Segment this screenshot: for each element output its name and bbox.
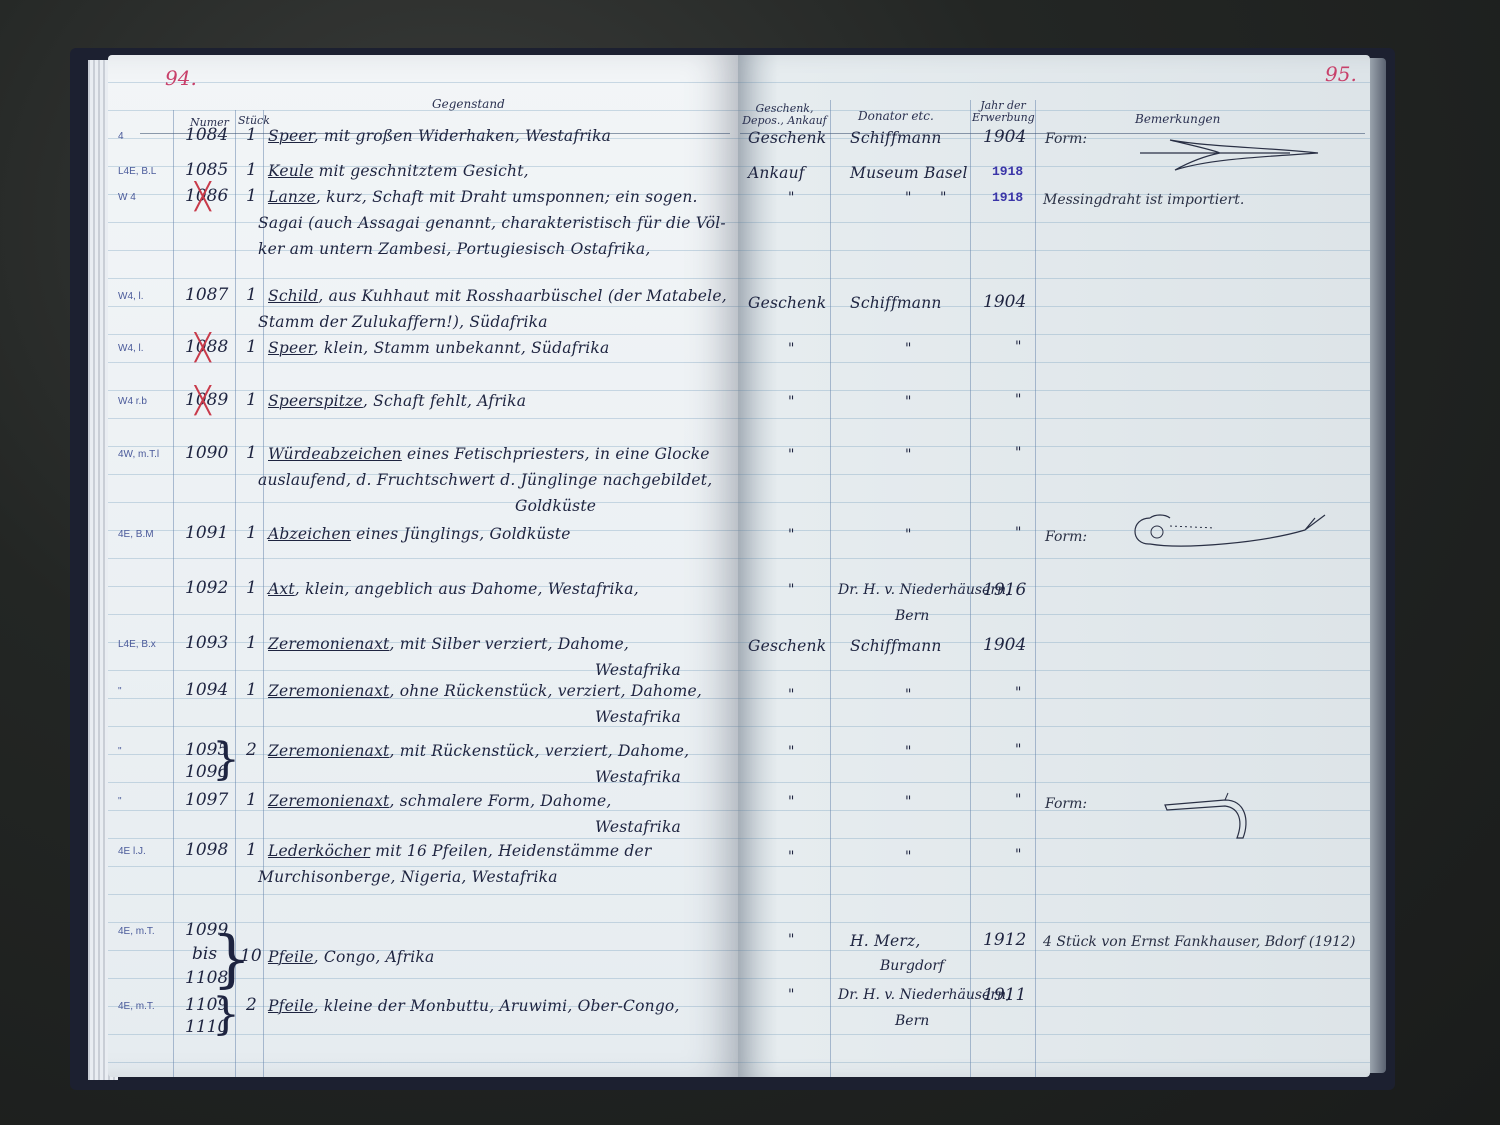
acquisition-year: " [1015, 525, 1021, 541]
acquisition-type: " [788, 687, 794, 703]
column-divider [830, 100, 831, 1077]
acquisition-year: " [1015, 685, 1021, 701]
object-description-continued: Murchisonberge, Nigeria, Westafrika [258, 868, 558, 886]
object-title: Zeremonienaxt [268, 635, 389, 653]
object-description-continued: Goldküste [515, 497, 596, 515]
object-details: , klein, angeblich aus Dahome, Westafrik… [295, 580, 639, 598]
acquisition-type: Geschenk [748, 637, 826, 655]
object-description: Axt, klein, angeblich aus Dahome, Westaf… [268, 580, 639, 598]
acquisition-type: " [788, 190, 794, 206]
object-title: Zeremonienaxt [268, 792, 389, 810]
object-title: Speerspitze [268, 392, 363, 410]
red-strike-mark: ╳ [195, 182, 211, 212]
acquisition-type: " [788, 987, 794, 1003]
axe-sketch [1165, 790, 1255, 845]
item-count: 1 [246, 390, 257, 410]
acquisition-type: Geschenk [748, 294, 826, 312]
object-description: Pfeile, kleine der Monbuttu, Aruwimi, Ob… [268, 997, 680, 1015]
object-description: Schild, aus Kuhhaut mit Rosshaarbüschel … [268, 287, 727, 305]
acquisition-year: " [1015, 792, 1021, 808]
margin-location-note: W4 r.b [118, 396, 147, 407]
donor-name: " [905, 687, 911, 703]
column-divider [173, 110, 174, 1077]
donor-name: " [905, 447, 911, 463]
object-title: Axt [268, 580, 295, 598]
object-title: Würdeabzeichen [268, 445, 402, 463]
acquisition-year: 1911 [983, 985, 1026, 1005]
margin-location-note: 4E, B.M [118, 529, 154, 540]
donor-location: Burgdorf [880, 958, 944, 974]
donor-name: Museum Basel [850, 164, 968, 182]
object-details: , klein, Stamm unbekannt, Südafrika [314, 339, 610, 357]
item-count: 1 [246, 578, 257, 598]
column-divider [1035, 100, 1036, 1077]
object-details: mit geschnitztem Gesicht, [313, 162, 528, 180]
object-title: Lederköcher [268, 842, 370, 860]
margin-location-note: " [118, 796, 122, 807]
object-description: Keule mit geschnitztem Gesicht, [268, 162, 529, 180]
item-count: 1 [246, 285, 257, 305]
object-description: Speer, mit großen Widerhaken, Westafrika [268, 127, 611, 145]
acquisition-year: " [1015, 847, 1021, 863]
margin-location-note: " [118, 746, 122, 757]
header-object: Gegenstand [432, 98, 505, 110]
object-description: Lederköcher mit 16 Pfeilen, Heidenstämme… [268, 842, 652, 860]
object-description-continued: Stamm der Zulukaffern!), Südafrika [258, 313, 548, 331]
object-description: Abzeichen eines Jünglings, Goldküste [268, 525, 571, 543]
object-description: Würdeabzeichen eines Fetischpriesters, i… [268, 445, 710, 463]
margin-location-note: W 4 [118, 192, 136, 203]
object-description: Lanze, kurz, Schaft mit Draht umsponnen;… [268, 188, 698, 206]
horn-sketch [1125, 510, 1335, 560]
inventory-number: 1092 [185, 578, 228, 598]
object-details: , schmalere Form, Dahome, [389, 792, 611, 810]
object-details: , aus Kuhhaut mit Rosshaarbüschel (der M… [318, 287, 727, 305]
acquisition-type: " [788, 527, 794, 543]
item-count: 1 [246, 443, 257, 463]
red-strike-mark: ╳ [195, 386, 211, 416]
object-description: Zeremonienaxt, mit Rückenstück, verziert… [268, 742, 689, 760]
object-title: Speer [268, 127, 314, 145]
donor-name: Schiffmann [850, 129, 942, 147]
header-donor: Donator etc. [858, 110, 934, 122]
item-count: 1 [246, 523, 257, 543]
object-description: Zeremonienaxt, schmalere Form, Dahome, [268, 792, 612, 810]
acquisition-type: " [788, 794, 794, 810]
object-title: Speer [268, 339, 314, 357]
form-label: Form: [1045, 529, 1087, 545]
item-count: 1 [246, 633, 257, 653]
object-details: , Congo, Afrika [314, 948, 435, 966]
acquisition-type: Ankauf [748, 164, 805, 182]
object-description: Zeremonienaxt, mit Silber verziert, Daho… [268, 635, 629, 653]
donor-location: Bern [895, 1013, 929, 1029]
range-brace: } [212, 989, 240, 1040]
object-details: , mit Rückenstück, verziert, Dahome, [389, 742, 689, 760]
object-description: Speerspitze, Schaft fehlt, Afrika [268, 392, 526, 410]
item-count: 2 [246, 740, 257, 760]
inventory-number: 1087 [185, 285, 228, 305]
acquisition-year: 1904 [983, 127, 1026, 147]
object-title: Zeremonienaxt [268, 682, 389, 700]
object-description-continued: Sagai (auch Assagai genannt, charakteris… [258, 214, 726, 232]
item-count: 10 [240, 946, 262, 966]
acquisition-type: " [788, 849, 794, 865]
form-label: Form: [1045, 131, 1087, 147]
margin-location-note: 4E l.J. [118, 846, 146, 857]
donor-name: H. Merz, [850, 932, 921, 950]
inventory-number: 1090 [185, 443, 228, 463]
object-title: Keule [268, 162, 313, 180]
item-count: 1 [246, 337, 257, 357]
remark-text: 4 Stück von Ernst Fankhauser, Bdorf (191… [1043, 934, 1355, 950]
page-edges-right [1370, 58, 1386, 1073]
object-title: Pfeile [268, 997, 314, 1015]
acquisition-year: " [1015, 392, 1021, 408]
object-details: , mit Silber verziert, Dahome, [389, 635, 629, 653]
spear-point-sketch [1140, 135, 1320, 175]
red-strike-mark: ╳ [195, 333, 211, 363]
inventory-number: 1098 [185, 840, 228, 860]
item-count: 1 [246, 790, 257, 810]
margin-location-note: 4E, m.T. [118, 926, 155, 937]
object-title: Lanze [268, 188, 316, 206]
page-number-left: 94. [165, 66, 197, 90]
object-details: mit 16 Pfeilen, Heidenstämme der [370, 842, 651, 860]
acquisition-year: " [1015, 742, 1021, 758]
item-count: 2 [246, 995, 257, 1015]
object-description: Zeremonienaxt, ohne Rückenstück, verzier… [268, 682, 702, 700]
donor-name: Schiffmann [850, 637, 942, 655]
header-acquisition: Geschenk, Depos., Ankauf [742, 103, 827, 127]
margin-location-note: L4E, B.L [118, 166, 156, 177]
object-title: Pfeile [268, 948, 314, 966]
donor-name: " [905, 190, 911, 206]
margin-location-note: 4E, m.T. [118, 1001, 155, 1012]
donor-name: " [905, 394, 911, 410]
object-description-continued: Westafrika [595, 818, 681, 836]
inventory-number: 1094 [185, 680, 228, 700]
object-description-continued: Westafrika [595, 768, 681, 786]
inventory-number: 1097 [185, 790, 228, 810]
item-count: 1 [246, 125, 257, 145]
acquisition-year: 1904 [983, 292, 1026, 312]
acquisition-year: 1912 [983, 930, 1026, 950]
acquisition-type: " [788, 394, 794, 410]
form-label: Form: [1045, 796, 1087, 812]
donor-name: " [905, 527, 911, 543]
object-details: eines Fetischpriesters, in eine Glocke [402, 445, 710, 463]
item-count: 1 [246, 840, 257, 860]
acquisition-type: " [788, 341, 794, 357]
year-stamp: 1918 [992, 164, 1023, 179]
donor-name: " [905, 794, 911, 810]
item-count: 1 [246, 186, 257, 206]
inventory-number: 1091 [185, 523, 228, 543]
acquisition-type: " [788, 744, 794, 760]
acquisition-year: " [1015, 445, 1021, 461]
margin-location-note: " [118, 686, 122, 697]
acquisition-year: " [1015, 339, 1021, 355]
donor-location: Bern [895, 608, 929, 624]
donor-name: " [905, 341, 911, 357]
object-description-continued: Westafrika [595, 661, 681, 679]
object-details: , mit großen Widerhaken, Westafrika [314, 127, 612, 145]
margin-location-note: W4, l. [118, 291, 144, 302]
object-description-continued: ker am untern Zambesi, Portugiesisch Ost… [258, 240, 650, 258]
object-details: , Schaft fehlt, Afrika [363, 392, 526, 410]
item-count: 1 [246, 680, 257, 700]
header-year: Jahr der Erwerbung [972, 100, 1034, 124]
object-details: , ohne Rückenstück, verziert, Dahome, [389, 682, 702, 700]
object-description: Pfeile, Congo, Afrika [268, 948, 434, 966]
object-title: Schild [268, 287, 318, 305]
margin-location-note: W4, l. [118, 343, 144, 354]
header-remarks: Bemerkungen [1135, 113, 1220, 125]
donor-ditto: " [940, 190, 946, 206]
inventory-number: 1085 [185, 160, 228, 180]
object-description-continued: Westafrika [595, 708, 681, 726]
object-title: Abzeichen [268, 525, 351, 543]
object-description-continued: auslaufend, d. Fruchtschwert d. Jüngling… [258, 471, 712, 489]
margin-location-note: 4 [118, 131, 124, 142]
item-count: 1 [246, 160, 257, 180]
inventory-number: 1093 [185, 633, 228, 653]
acquisition-type: " [788, 932, 794, 948]
acquisition-year: 1904 [983, 635, 1026, 655]
object-title: Zeremonienaxt [268, 742, 389, 760]
donor-name: " [905, 849, 911, 865]
remark-text: Messingdraht ist importiert. [1043, 192, 1244, 208]
range-brace: } [212, 734, 240, 785]
acquisition-type: " [788, 582, 794, 598]
acquisition-type: " [788, 447, 794, 463]
object-details: , kleine der Monbuttu, Aruwimi, Ober-Con… [314, 997, 680, 1015]
inventory-number: 1084 [185, 125, 228, 145]
acquisition-type: Geschenk [748, 129, 826, 147]
donor-name: " [905, 744, 911, 760]
right-page [738, 55, 1370, 1077]
margin-location-note: 4W, m.T.l [118, 449, 159, 460]
year-stamp: 1918 [992, 190, 1023, 205]
donor-name: Schiffmann [850, 294, 942, 312]
object-details: , kurz, Schaft mit Draht umsponnen; ein … [316, 188, 698, 206]
page-number-right: 95. [1325, 62, 1357, 86]
object-description: Speer, klein, Stamm unbekannt, Südafrika [268, 339, 609, 357]
acquisition-year: 1916 [983, 580, 1026, 600]
object-details: eines Jünglings, Goldküste [351, 525, 571, 543]
margin-location-note: L4E, B.x [118, 639, 156, 650]
